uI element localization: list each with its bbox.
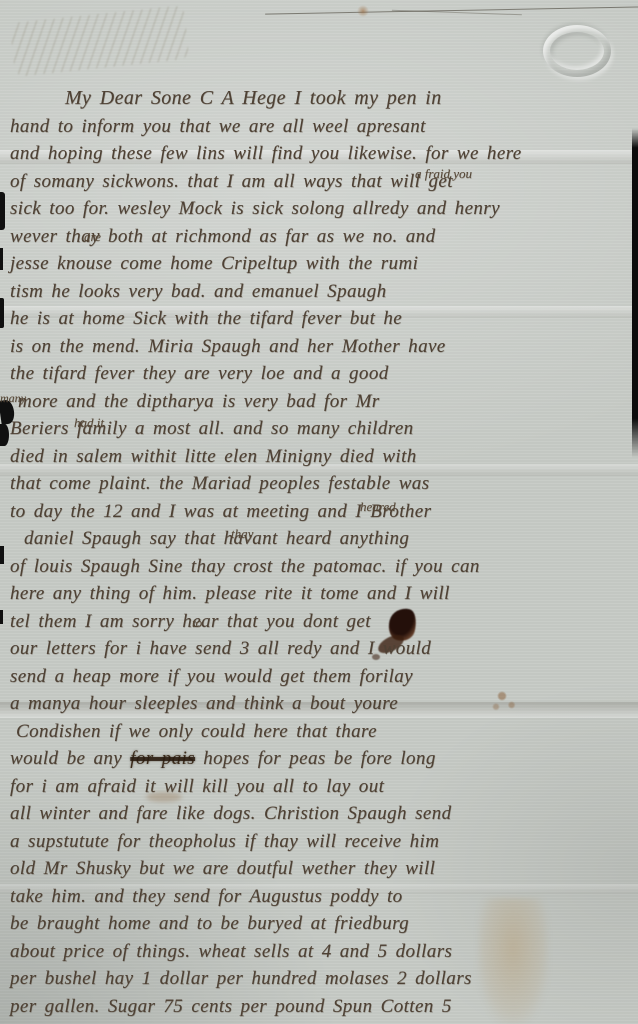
letter-line: that come plaint. the Mariad peoples fes…	[10, 470, 636, 498]
interline-insertion: are	[84, 230, 101, 243]
letter-line: be braught home and to be buryed at frie…	[10, 910, 636, 938]
letter-line: per gallen. Sugar 75 cents per pound Spu…	[10, 993, 636, 1021]
line-text: that come plaint. the Mariad peoples fes…	[10, 473, 430, 494]
line-text: send a heap more if you would get them f…	[10, 666, 413, 687]
letter-line: the tifard fever they are very loe and a…	[10, 360, 636, 388]
line-text: of somany sickwons. that I am all ways t…	[10, 171, 453, 192]
scan-edge-artifact	[0, 192, 5, 230]
line-text: tism he looks very bad. and emanuel Spau…	[10, 281, 387, 302]
letter-line: he is at home Sick with the tifard fever…	[10, 305, 636, 333]
line-text: daniel Spaugh say that havant heard anyt…	[24, 528, 409, 549]
letter-line: My Dear Sone C A Hege I took my pen in	[10, 85, 636, 113]
letter-line: Condishen if we only could here that tha…	[10, 718, 636, 746]
line-text: for i am afraid it will kill you all to …	[10, 776, 384, 797]
line-text: per gallen. Sugar 75 cents per pound Spu…	[10, 996, 452, 1017]
margin-note: many	[0, 392, 26, 404]
line-text: more and the diptharya is very bad for M…	[18, 391, 380, 412]
letter-line: old Mr Shusky but we are doutful wether …	[10, 855, 636, 883]
letter-line: sick too for. wesley Mock is sick solong…	[10, 195, 636, 223]
line-text: hand to inform you that we are all weel …	[10, 116, 426, 137]
line-text: Beriers family a most all. and so many c…	[10, 418, 414, 439]
letter-line: tel them I am sorry hear that you dont g…	[10, 608, 636, 636]
line-text: Condishen if we only could here that tha…	[16, 721, 377, 742]
letter-line: about price of things. wheat sells at 4 …	[10, 938, 636, 966]
letter-line: here any thing of him. please rite it to…	[10, 580, 636, 608]
letter-line: died in salem withit litte elen Minigny …	[10, 443, 636, 471]
line-text: died in salem withit litte elen Minigny …	[10, 446, 417, 467]
letter-line: wever thay both at richmond as far as we…	[10, 223, 636, 251]
line-text: hopes for peas be fore long	[195, 748, 436, 769]
line-text: sick too for. wesley Mock is sick solong…	[10, 198, 500, 219]
scan-edge-artifact	[0, 298, 4, 328]
letter-line: all winter and fare like dogs. Christion…	[10, 800, 636, 828]
line-text: our letters for i have send 3 all redy a…	[10, 638, 431, 659]
interline-insertion: had it	[74, 416, 104, 429]
letter-line: hand to inform you that we are all weel …	[10, 113, 636, 141]
line-text: the tifard fever they are very loe and a…	[10, 363, 389, 384]
line-text: of louis Spaugh Sine thay crost the pato…	[10, 556, 480, 577]
letter-line: is on the mend. Miria Spaugh and her Mot…	[10, 333, 636, 361]
letter-line: take him. and they send for Augustus pod…	[10, 883, 636, 911]
scan-edge-artifact	[0, 424, 9, 446]
interline-insertion: thay	[231, 527, 253, 540]
letter-line: jesse knouse come home Cripeltup with th…	[10, 250, 636, 278]
line-text: tel them I am sorry hear that you dont g…	[10, 611, 371, 632]
interline-insertion: to	[192, 616, 202, 629]
line-text: all winter and fare like dogs. Christion…	[10, 803, 452, 824]
line-text: jesse knouse come home Cripeltup with th…	[10, 253, 418, 274]
line-text: is on the mend. Miria Spaugh and her Mot…	[10, 336, 446, 357]
letter-line: daniel Spaugh say that havant heard anyt…	[10, 525, 636, 553]
line-text: a manya hour sleeples and think a bout y…	[10, 693, 398, 714]
letter-body: My Dear Sone C A Hege I took my pen inha…	[10, 85, 636, 1020]
letter-line: tism he looks very bad. and emanuel Spau…	[10, 278, 636, 306]
line-text: here any thing of him. please rite it to…	[10, 583, 450, 604]
line-text: would be any	[10, 748, 130, 769]
letter-page: My Dear Sone C A Hege I took my pen inha…	[0, 0, 638, 1024]
letter-line: would be any for pais hopes for peas be …	[10, 745, 636, 773]
line-text: old Mr Shusky but we are doutful wether …	[10, 858, 435, 879]
line-text: and hoping these few lins will find you …	[10, 143, 522, 164]
letter-line: and hoping these few lins will find you …	[10, 140, 636, 168]
line-text: per bushel hay 1 dollar per hundred mola…	[10, 968, 472, 989]
line-text: My Dear Sone C A Hege I took my pen in	[65, 87, 442, 109]
letter-line: our letters for i have send 3 all redy a…	[10, 635, 636, 663]
letter-line: a supstutute for theopholus if thay will…	[10, 828, 636, 856]
line-text: take him. and they send for Augustus pod…	[10, 886, 403, 907]
scan-edge-artifact	[0, 248, 3, 270]
bleedthrough-writing	[10, 5, 190, 77]
letter-line: per bushel hay 1 dollar per hundred mola…	[10, 965, 636, 993]
letter-line: of somany sickwons. that I am all ways t…	[10, 168, 636, 196]
letter-line: for i am afraid it will kill you all to …	[10, 773, 636, 801]
interline-insertion: heared	[360, 500, 396, 513]
line-text: about price of things. wheat sells at 4 …	[10, 941, 452, 962]
embossed-seal-inner	[550, 32, 604, 70]
struck-text: for pais	[130, 748, 195, 769]
line-text: he is at home Sick with the tifard fever…	[10, 308, 402, 329]
scan-edge-artifact	[0, 610, 3, 624]
letter-line: more and the diptharya is very bad for M…	[10, 388, 636, 416]
scan-edge-artifact	[0, 546, 4, 564]
letter-line: to day the 12 and I was at meeting and I…	[10, 498, 636, 526]
letter-line: a manya hour sleeples and think a bout y…	[10, 690, 636, 718]
letter-line: send a heap more if you would get them f…	[10, 663, 636, 691]
embossed-seal	[543, 25, 611, 77]
line-text: a supstutute for theopholus if thay will…	[10, 831, 439, 852]
letter-line: of louis Spaugh Sine thay crost the pato…	[10, 553, 636, 581]
line-text: be braught home and to be buryed at frie…	[10, 913, 409, 934]
interline-insertion: a fraid you	[415, 167, 472, 180]
line-text: wever thay both at richmond as far as we…	[10, 226, 435, 247]
